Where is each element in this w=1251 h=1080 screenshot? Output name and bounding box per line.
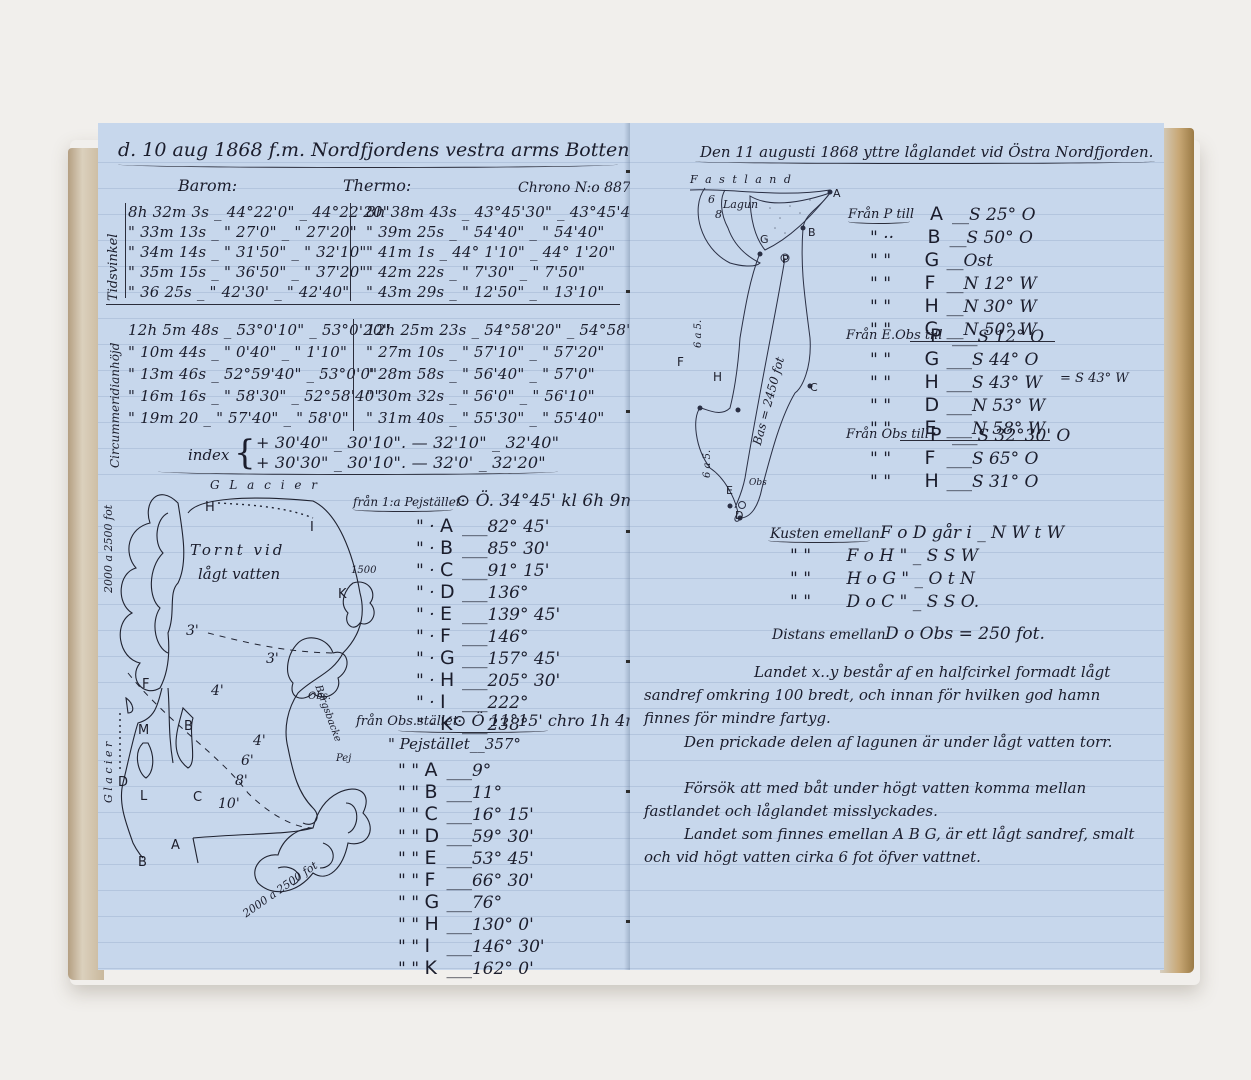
list-item: " ·· B__S 50° O xyxy=(870,226,1033,248)
map-label-glacier: G L a c i e r xyxy=(210,478,320,492)
map-point-b: B xyxy=(184,719,193,734)
list-item: " " D___N 53° W xyxy=(870,394,1045,416)
table-row: " 33m 13s _ " 27'0" _ " 27'20" xyxy=(128,223,357,241)
map-point-m: M xyxy=(138,723,149,738)
map-point-c: C xyxy=(193,790,202,805)
paragraph: Landet x..y består af en halfcirkel form… xyxy=(644,661,1144,730)
list-item: " " H o G " _ O t N xyxy=(790,569,975,589)
map-point-g: G xyxy=(760,233,769,246)
map-point-f: F xyxy=(142,677,149,692)
heading-underline xyxy=(768,538,870,543)
list-item: " " H___130° 0' xyxy=(398,913,534,935)
map-label-depth: 6 a 5. xyxy=(693,320,704,348)
table-row: " 10m 44s _ " 0'40" _ " 1'10" xyxy=(128,343,347,361)
paragraph: Landet som finnes emellan A B G, är ett … xyxy=(644,823,1144,869)
map-point-k: K xyxy=(338,587,347,602)
depth-label: 4' xyxy=(211,683,224,699)
map-label-1500: 1500 xyxy=(351,565,376,576)
list-item: " " G___76° xyxy=(398,891,502,913)
map-label-pej: Pej xyxy=(336,753,351,764)
table-row: " 35m 15s _ " 36'50" _ " 37'20" xyxy=(128,263,367,281)
map-point-b: B xyxy=(808,226,816,239)
depth-label: 10' xyxy=(218,796,240,812)
column-divider xyxy=(350,203,351,301)
list-item: " " C___16° 15' xyxy=(398,803,534,825)
left-page-title: d. 10 aug 1868 f.m. Nordfjordens vestra … xyxy=(118,139,629,161)
list-item: " " F o H " _ S S W xyxy=(790,546,978,566)
map-point-h: H xyxy=(205,500,215,515)
title-underline xyxy=(118,161,618,168)
map-point-a: A xyxy=(171,838,180,853)
table-row: " 28m 58s _ " 56'40" _ " 57'0" xyxy=(366,365,595,383)
bearings-e-heading: Från E.Obs till xyxy=(846,328,943,343)
map-label-8: 8 xyxy=(715,208,722,221)
list-item: F o D går i _ N W t W xyxy=(880,523,1064,543)
left-page: d. 10 aug 1868 f.m. Nordfjordens vestra … xyxy=(98,123,631,970)
pejstallet-row: " Pejstället__357° xyxy=(388,735,521,753)
side-label-circum: Circummeridianhöjd xyxy=(108,343,122,468)
map-label-glacier-left: G l a c i e r xyxy=(102,742,115,803)
list-item: " " F___S 65° O xyxy=(870,447,1038,469)
right-page: Den 11 augusti 1868 yttre låglandet vid … xyxy=(630,123,1164,970)
paragraph: Försök att med båt under högt vatten kom… xyxy=(644,777,1144,823)
correction-note: = S 43° W xyxy=(1060,371,1129,386)
table-row: " 13m 46s _ 52°59'40" _ 53°0'0" xyxy=(128,365,377,383)
list-item: " " H___S 31° O xyxy=(870,470,1038,492)
map-point-l: L xyxy=(140,789,147,804)
depth-label: 8' xyxy=(235,773,248,789)
index-row: + 30'40" _ 30'10". — 32'10" _ 32'40" xyxy=(256,433,559,452)
side-label-tidsvinkel: Tidsvinkel xyxy=(106,234,121,301)
barom-header: Barom: xyxy=(178,176,237,195)
heading-underline xyxy=(353,507,453,512)
list-item: P___S 12° O xyxy=(930,325,1044,347)
list-item: " · E___139° 45' xyxy=(416,603,560,625)
table-row: " 30m 32s _ " 56'0" _ " 56'10" xyxy=(366,387,595,405)
list-item: " " F__N 12° W xyxy=(870,272,1037,294)
list-item: " " E___53° 45' xyxy=(398,847,534,869)
list-item: " · F___146° xyxy=(416,625,528,647)
distance-value: D o Obs = 250 fot. xyxy=(885,624,1045,644)
list-item: A__S 25° O xyxy=(930,203,1036,225)
table-row: 8h 38m 43s _ 43°45'30" _ 43°45'40" xyxy=(366,203,647,221)
table-row: " 41m 1s _ 44° 1'10" _ 44° 1'20" xyxy=(366,243,615,261)
table-row: " 42m 22s _ " 7'30" _ " 7'50" xyxy=(366,263,585,281)
map-point-i: I xyxy=(310,520,314,535)
table-row: " 43m 29s _ " 12'50" _ " 13'10" xyxy=(366,283,605,301)
list-item: " " K___162° 0' xyxy=(398,957,534,979)
title-underline xyxy=(695,159,1155,164)
list-item: " " H__N 30° W xyxy=(870,295,1037,317)
map-point-c: C xyxy=(810,381,818,394)
depth-label: 4' xyxy=(253,733,266,749)
paragraph: Den prickade delen af lagunen är under l… xyxy=(644,731,1144,754)
map-point-f: F xyxy=(677,355,684,369)
bearings-2-first: ⊙ Ö 11°15' chro 1h 4m xyxy=(453,711,640,730)
table-row: " 34m 14s _ " 31'50" _ " 32'10" xyxy=(128,243,367,261)
list-item: " · B___85° 30' xyxy=(416,537,549,559)
list-item: " · H___205° 30' xyxy=(416,669,560,691)
map-label-depth: 6 a 5. xyxy=(702,450,713,478)
table-row: " 31m 40s _ " 55'30" _ " 55'40" xyxy=(366,409,605,427)
map-point-b2: B xyxy=(138,855,147,870)
section-divider xyxy=(106,304,620,305)
bracket xyxy=(125,203,126,298)
bearings-obs-heading: Från Obs till xyxy=(846,427,929,442)
map-label-lagun: Lagun xyxy=(723,198,758,211)
list-item: " · A___82° 45' xyxy=(416,515,549,537)
table-row: 12h 25m 23s _ 54°58'20" _ 54°58'40" xyxy=(366,321,657,339)
depth-label: 3' xyxy=(186,623,199,639)
list-item: " " B___11° xyxy=(398,781,502,803)
map-label-obs: Obs xyxy=(749,478,767,488)
index-label: index xyxy=(188,446,229,464)
list-item: " · G___157° 45' xyxy=(416,647,560,669)
list-item: " " H___S 43° W xyxy=(870,371,1042,393)
table-row: " 36 25s _ " 42'30' _ " 42'40" xyxy=(128,283,349,301)
map-point-e: E xyxy=(726,484,733,497)
distance-heading: Distans emellan xyxy=(772,627,886,643)
thermo-header: Thermo: xyxy=(343,176,411,195)
depth-label: 3' xyxy=(266,651,279,667)
list-item: " " G__Ost xyxy=(870,249,993,271)
list-item: " " I___146° 30' xyxy=(398,935,545,957)
lowland-map-sketch xyxy=(680,178,890,578)
list-item: P___S 32°30' O xyxy=(930,424,1070,446)
table-row: 12h 5m 48s _ 53°0'10" _ 53°0'20" xyxy=(128,321,390,339)
map-point-d: D xyxy=(118,775,128,790)
map-point-a: A xyxy=(833,187,841,200)
list-item: " " G___S 44° O xyxy=(870,348,1038,370)
map-label-tornt: Tornt vid xyxy=(190,541,285,559)
map-label-height: 2000 a 2500 fot xyxy=(102,505,115,593)
map-label-6: 6 xyxy=(708,193,715,206)
list-item: " " D o C " _ S S O. xyxy=(790,592,979,612)
map-point-p: P xyxy=(782,253,789,266)
list-item: " " F___66° 30' xyxy=(398,869,534,891)
table-row: " 39m 25s _ " 54'40" _ " 54'40" xyxy=(366,223,605,241)
book-edge-right xyxy=(1160,128,1194,973)
heading-underline xyxy=(848,219,910,224)
map-point-h: H xyxy=(713,370,722,384)
map-label-lagt: lågt vatten xyxy=(198,565,280,583)
list-item: " " D___59° 30' xyxy=(398,825,534,847)
list-item: " · D___136° xyxy=(416,581,528,603)
list-item: " · C___91° 15' xyxy=(416,559,549,581)
index-brace: { xyxy=(234,433,256,473)
table-row: " 16m 16s _ " 58'30" _ 52°58'40" xyxy=(128,387,382,405)
map-label-fastland: F a s t l a n d xyxy=(690,173,793,186)
table-row: " 27m 10s _ " 57'10" _ " 57'20" xyxy=(366,343,605,361)
depth-label: 6' xyxy=(241,753,254,769)
list-item: " · I___222° xyxy=(416,691,528,713)
chrono-header: Chrono N:o 8872 xyxy=(518,180,640,196)
map-point-d: D xyxy=(735,509,743,522)
list-item: " " A___9° xyxy=(398,759,491,781)
column-divider xyxy=(353,319,354,431)
table-row: " 19m 20 _ " 57'40" _ " 58'0" xyxy=(128,409,349,427)
bearings-2-heading: från Obs.stället xyxy=(356,714,458,729)
